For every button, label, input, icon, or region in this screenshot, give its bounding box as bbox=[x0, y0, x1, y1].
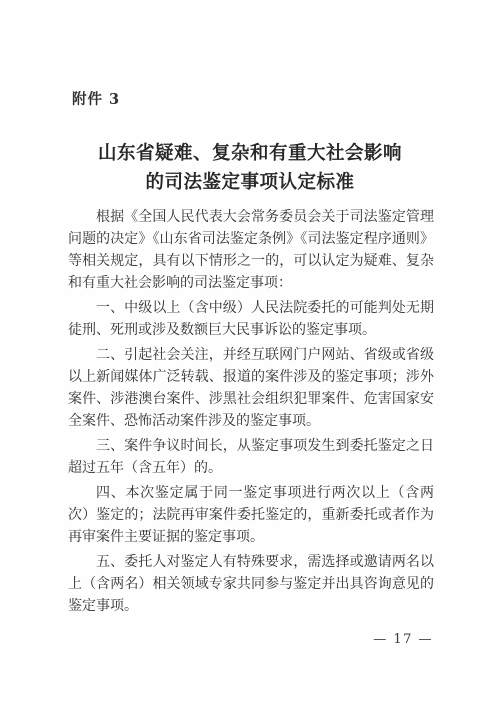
document-body: 根据《全国人民代表大会常务委员会关于司法鉴定管理问题的决定》《山东省司法鉴定条例… bbox=[68, 206, 434, 620]
document-page: 附件 3 山东省疑难、复杂和有重大社会影响 的司法鉴定事项认定标准 根据《全国人… bbox=[0, 0, 500, 707]
title-line-2: 的司法鉴定事项认定标准 bbox=[62, 168, 438, 197]
paragraph-item-1: 一、中级以上（含中级）人民法院委托的可能判处无期徒刑、死刑或涉及数额巨大民事诉讼… bbox=[68, 297, 434, 341]
document-title: 山东省疑难、复杂和有重大社会影响 的司法鉴定事项认定标准 bbox=[62, 139, 438, 197]
paragraph-item-2: 二、引起社会关注，并经互联网门户网站、省级或省级以上新闻媒体广泛转载、报道的案件… bbox=[68, 344, 434, 432]
page-number: — 17 — bbox=[373, 632, 433, 647]
title-line-1: 山东省疑难、复杂和有重大社会影响 bbox=[62, 139, 438, 168]
attachment-label: 附件 3 bbox=[72, 88, 120, 109]
paragraph-item-5: 五、委托人对鉴定人有特殊要求，需选择或邀请两名以上（含两名）相关领域专家共同参与… bbox=[68, 551, 434, 617]
paragraph-intro: 根据《全国人民代表大会常务委员会关于司法鉴定管理问题的决定》《山东省司法鉴定条例… bbox=[68, 206, 434, 294]
paragraph-item-3: 三、案件争议时间长，从鉴定事项发生到委托鉴定之日超过五年（含五年）的。 bbox=[68, 435, 434, 479]
paragraph-item-4: 四、本次鉴定属于同一鉴定事项进行两次以上（含两次）鉴定的；法院再审案件委托鉴定的… bbox=[68, 482, 434, 548]
